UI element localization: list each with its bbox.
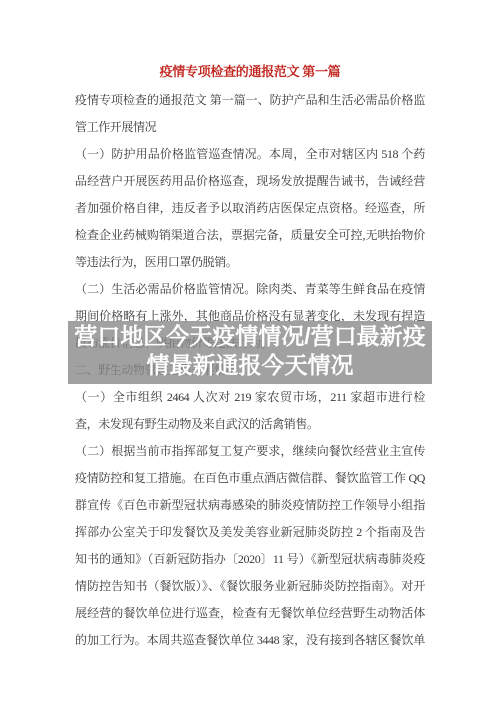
text-line: （二）根据当前市指挥部复工复产要求，继续向餐饮经营业主宣传 bbox=[75, 438, 425, 465]
text-line: 检查企业药械购销渠道合法，票据完备，质量安全可控,无哄抬物价 bbox=[75, 222, 425, 249]
document-page: 疫情专项检查的通报范文 第一篇 疫情专项检查的通报范文 第一篇一、防护产品和生活… bbox=[0, 0, 500, 706]
text-line: 查，未发现有野生动物及来自武汉的活禽销售。 bbox=[75, 411, 425, 438]
watermark-heading-line-2: 情最新通报今天情况 bbox=[147, 351, 354, 380]
watermark-overlay: 营口地区今天疫情情况/营口最新疫 情最新通报今天情况 bbox=[68, 321, 432, 384]
text-line: 等违法行为，医用口罩仍脱销。 bbox=[75, 249, 425, 276]
document-title: 疫情专项检查的通报范文 第一篇 bbox=[0, 61, 500, 80]
text-line: 管工作开展情况 bbox=[75, 114, 425, 141]
text-line: 知书的通知》（百新冠防指办〔2020〕11 号）《新型冠状病毒肺炎疫 bbox=[75, 546, 425, 573]
watermark-heading-line-1: 营口地区今天疫情情况/营口最新疫 bbox=[74, 322, 425, 351]
text-line: 的加工行为。本周共巡查餐饮单位 3448 家，没有接到各辖区餐饮单 bbox=[75, 627, 425, 654]
text-line: 挥部办公室关于印发餐饮及美发美容业新冠肺炎防控 2 个指南及告 bbox=[75, 519, 425, 546]
text-line: 展经营的餐饮单位进行巡查，检查有无餐饮单位经营野生动物活体 bbox=[75, 600, 425, 627]
text-line: 品经营户开展医药用品价格巡查，现场发放提醒告诫书，告诫经营 bbox=[75, 168, 425, 195]
text-line: （一）全市组织 2464 人次对 219 家农贸市场，211 家超市进行检 bbox=[75, 384, 425, 411]
text-line: （二）生活必需品价格监管情况。除肉类、青菜等生鲜食品在疫情 bbox=[75, 276, 425, 303]
text-line: 群宣传《百色市新型冠状病毒感染的肺炎疫情防控工作领导小组指 bbox=[75, 492, 425, 519]
text-line: （一）防护用品价格监管巡查情况。本周，全市对辖区内 518 个药 bbox=[75, 141, 425, 168]
text-line: 情防控告知书（餐饮版）》、《餐饮服务业新冠肺炎防控指南》。对开 bbox=[75, 573, 425, 600]
text-line: 者加强价格自律，违反者予以取消药店医保定点资格。经巡查，所 bbox=[75, 195, 425, 222]
text-line: 疫情防控和复工措施。在百色市重点酒店微信群、餐饮监管工作 QQ bbox=[75, 465, 425, 492]
text-line: 疫情专项检查的通报范文 第一篇一、防护产品和生活必需品价格监 bbox=[75, 87, 425, 114]
